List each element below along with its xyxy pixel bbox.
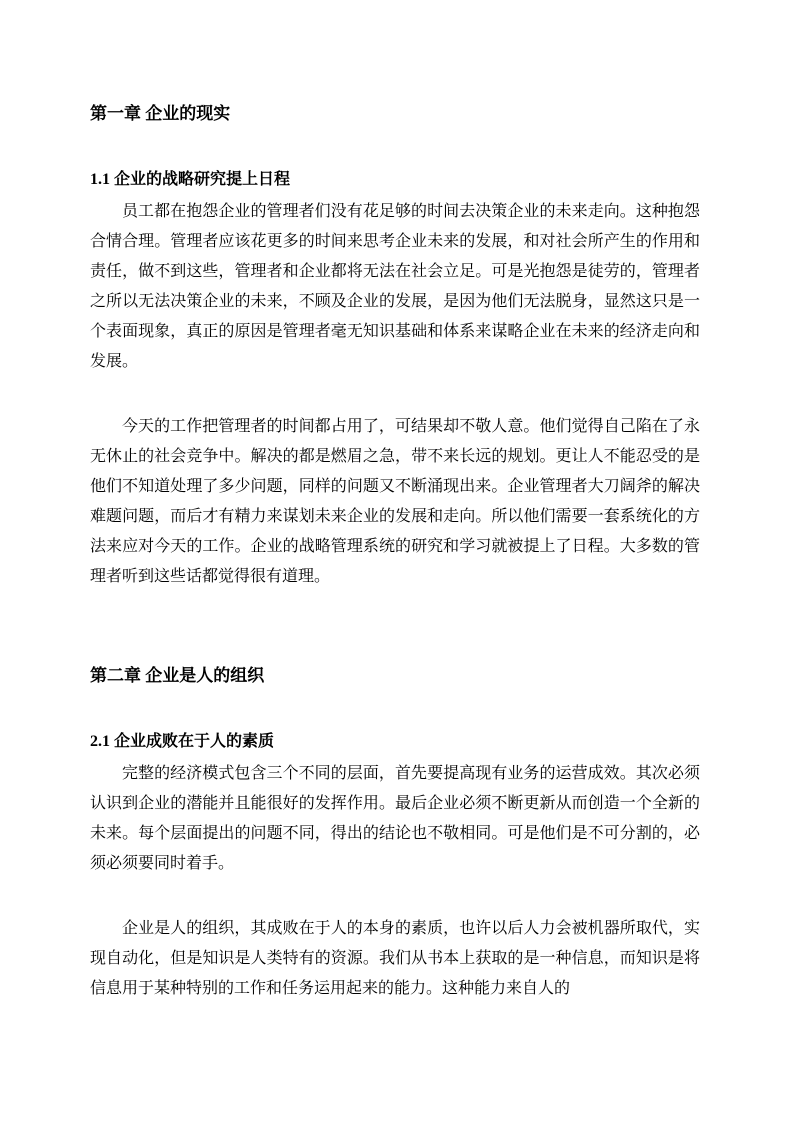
section-2-1-heading: 2.1 企业成败在于人的素质 (90, 730, 700, 754)
section-1-1-heading: 1.1 企业的战略研究提上日程 (90, 168, 700, 192)
chapter-2-heading: 第二章 企业是人的组织 (90, 664, 700, 688)
paragraph-1-1-a: 员工都在抱怨企业的管理者们没有花足够的时间去决策企业的未来走向。这种抱怨合情合理… (90, 197, 700, 377)
document-page: 第一章 企业的现实 1.1 企业的战略研究提上日程 员工都在抱怨企业的管理者们没… (0, 0, 793, 1122)
paragraph-2-1-a: 完整的经济模式包含三个不同的层面，首先要提高现有业务的运营成效。其次必须认识到企… (90, 759, 700, 879)
paragraph-2-1-b: 企业是人的组织，其成败在于人的本身的素质，也许以后人力会被机器所取代，实现自动化… (90, 914, 700, 1004)
chapter-1-heading: 第一章 企业的现实 (90, 102, 700, 126)
paragraph-1-1-b: 今天的工作把管理者的时间都占用了，可结果却不敬人意。他们觉得自己陷在了永无休止的… (90, 412, 700, 592)
